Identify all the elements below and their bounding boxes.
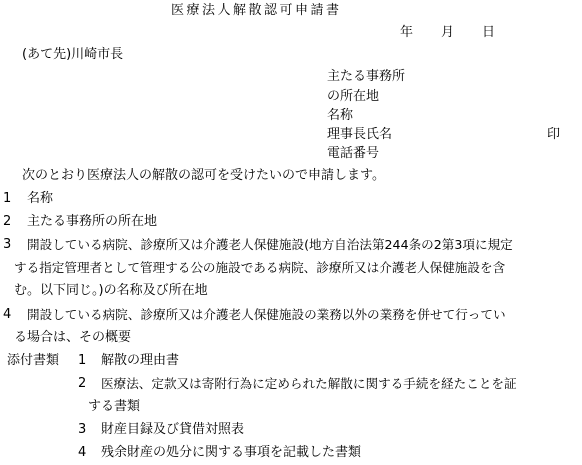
item-4-number: 4 (3, 307, 11, 323)
applicant-name-label: 名称 (327, 108, 353, 124)
office-location-label-2: の所在地 (327, 89, 379, 105)
document-title: 医療法人解散認可申請書 (171, 3, 342, 19)
date-day-label: 日 (482, 25, 495, 41)
chairman-name-label: 理事長氏名 (327, 127, 392, 143)
attachment-2-text-line-2: する書類 (88, 399, 140, 415)
item-1-number: 1 (3, 191, 11, 207)
attachment-3-text: 財産目録及び貸借対照表 (101, 422, 244, 438)
attachments-label: 添付書類 (7, 353, 59, 369)
date-month-label: 月 (441, 25, 454, 41)
item-2-text: 主たる事務所の所在地 (27, 214, 157, 230)
office-location-label-1: 主たる事務所 (327, 69, 405, 85)
item-3-text-line-2: する指定管理者として管理する公の施設である病院、診療所又は介護老人保健施設を含 (14, 260, 505, 276)
date-year-label: 年 (400, 25, 413, 41)
addressee: (あて先)川崎市長 (22, 47, 123, 63)
attachment-3-number: 3 (78, 422, 86, 438)
seal-mark: 印 (547, 127, 560, 143)
item-3-text-line-3: む。以下同じ。)の名称及び所在地 (14, 283, 208, 299)
phone-number-label: 電話番号 (327, 146, 379, 162)
item-1-text: 名称 (27, 191, 53, 207)
item-4-text-line-1: 開設している病院、診療所又は介護老人保健施設の業務以外の業務を併せて行ってい (27, 307, 506, 323)
attachment-1-number: 1 (78, 353, 86, 369)
attachment-4-number: 4 (78, 445, 86, 461)
attachment-2-text-line-1: 医療法、定款又は寄附行為に定められた解散に関する手続を経たことを証 (101, 376, 517, 392)
item-2-number: 2 (3, 214, 11, 230)
item-4-text-line-2: る場合は、その概要 (14, 330, 131, 346)
intro-text: 次のとおり医療法人の解散の認可を受けたいので申請します。 (22, 168, 385, 184)
attachment-1-text: 解散の理由書 (101, 353, 179, 369)
item-3-number: 3 (3, 237, 11, 253)
attachment-4-text: 残余財産の処分に関する事項を記載した書類 (101, 445, 361, 461)
item-3-text-line-1: 開設している病院、診療所又は介護老人保健施設(地方自治法第244条の2第3項に規… (27, 237, 513, 253)
attachment-2-number: 2 (78, 376, 86, 392)
